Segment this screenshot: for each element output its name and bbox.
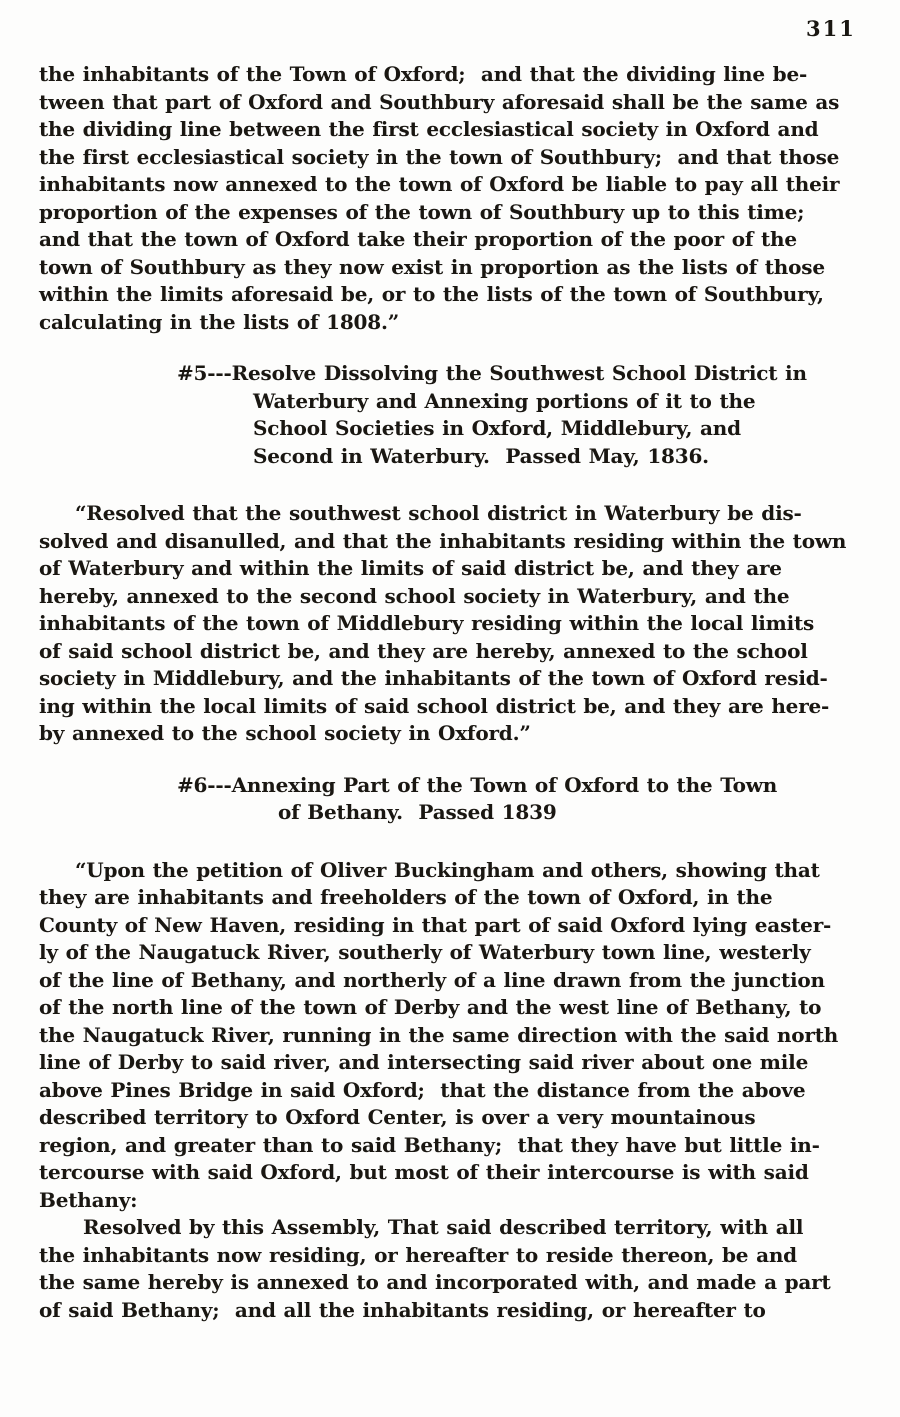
paragraph-resolve-5-text: “Resolved that the southwest school dist… <box>39 500 863 748</box>
text-line: Second in Waterbury. Passed May, 1836. <box>253 443 863 471</box>
text-line: ing within the local limits of said scho… <box>39 693 863 721</box>
text-line: #6---Annexing Part of the Town of Oxford… <box>177 772 863 800</box>
text-line: Waterbury and Annexing portions of it to… <box>253 388 863 416</box>
text-line: “Upon the petition of Oliver Buckingham … <box>39 857 863 885</box>
text-line: line of Derby to said river, and interse… <box>39 1049 863 1077</box>
text-line: of the line of Bethany, and northerly of… <box>39 967 863 995</box>
text-line: the same hereby is annexed to and incorp… <box>39 1269 863 1297</box>
text-line: County of New Haven, residing in that pa… <box>39 912 863 940</box>
text-line: of Bethany. Passed 1839 <box>278 799 863 827</box>
text-line: and that the town of Oxford take their p… <box>39 226 863 254</box>
text-line: ly of the Naugatuck River, southerly of … <box>39 939 863 967</box>
text-line: inhabitants now annexed to the town of O… <box>39 171 863 199</box>
text-line: “Resolved that the southwest school dist… <box>39 500 863 528</box>
text-line: Resolved by this Assembly, That said des… <box>39 1214 863 1242</box>
text-line: of said school district be, and they are… <box>39 638 863 666</box>
text-line: solved and disanulled, and that the inha… <box>39 528 863 556</box>
text-line: inhabitants of the town of Middlebury re… <box>39 610 863 638</box>
text-line: within the limits aforesaid be, or to th… <box>39 281 863 309</box>
text-line: by annexed to the school society in Oxfo… <box>39 720 863 748</box>
text-line: the dividing line between the first eccl… <box>39 116 863 144</box>
text-line: tween that part of Oxford and Southbury … <box>39 89 863 117</box>
paragraph-oxford-southbury-division: the inhabitants of the Town of Oxford; a… <box>39 61 863 336</box>
text-line: School Societies in Oxford, Middlebury, … <box>253 415 863 443</box>
text-line: the inhabitants now residing, or hereaft… <box>39 1242 863 1270</box>
scanned-book-page: 311 the inhabitants of the Town of Oxfor… <box>0 0 900 1417</box>
text-line: of Waterbury and within the limits of sa… <box>39 555 863 583</box>
text-line: #5---Resolve Dissolving the Southwest Sc… <box>177 360 863 388</box>
text-line: of said Bethany; and all the inhabitants… <box>39 1297 863 1325</box>
text-line: the first ecclesiastical society in the … <box>39 144 863 172</box>
text-line: described territory to Oxford Center, is… <box>39 1104 863 1132</box>
text-line: Bethany: <box>39 1187 863 1215</box>
paragraph-petition-oliver-buckingham: “Upon the petition of Oliver Buckingham … <box>39 857 863 1215</box>
text-line: hereby, annexed to the second school soc… <box>39 583 863 611</box>
text-line: the inhabitants of the Town of Oxford; a… <box>39 61 863 89</box>
text-line: they are inhabitants and freeholders of … <box>39 884 863 912</box>
text-line: region, and greater than to said Bethany… <box>39 1132 863 1160</box>
text-line: town of Southbury as they now exist in p… <box>39 254 863 282</box>
text-line: proportion of the expenses of the town o… <box>39 199 863 227</box>
text-line: the Naugatuck River, running in the same… <box>39 1022 863 1050</box>
page-body: the inhabitants of the Town of Oxford; a… <box>39 61 863 1324</box>
text-line: of the north line of the town of Derby a… <box>39 994 863 1022</box>
paragraph-resolved-by-assembly: Resolved by this Assembly, That said des… <box>39 1214 863 1324</box>
text-line: calculating in the lists of 1808.” <box>39 309 863 337</box>
page-number: 311 <box>806 16 856 41</box>
text-line: society in Middlebury, and the inhabitan… <box>39 665 863 693</box>
text-line: above Pines Bridge in said Oxford; that … <box>39 1077 863 1105</box>
text-line: tercourse with said Oxford, but most of … <box>39 1159 863 1187</box>
heading-resolve-6-annexing-oxford-to-bethany: #6---Annexing Part of the Town of Oxford… <box>177 772 863 827</box>
heading-resolve-5-southwest-school-district: #5---Resolve Dissolving the Southwest Sc… <box>177 360 863 470</box>
